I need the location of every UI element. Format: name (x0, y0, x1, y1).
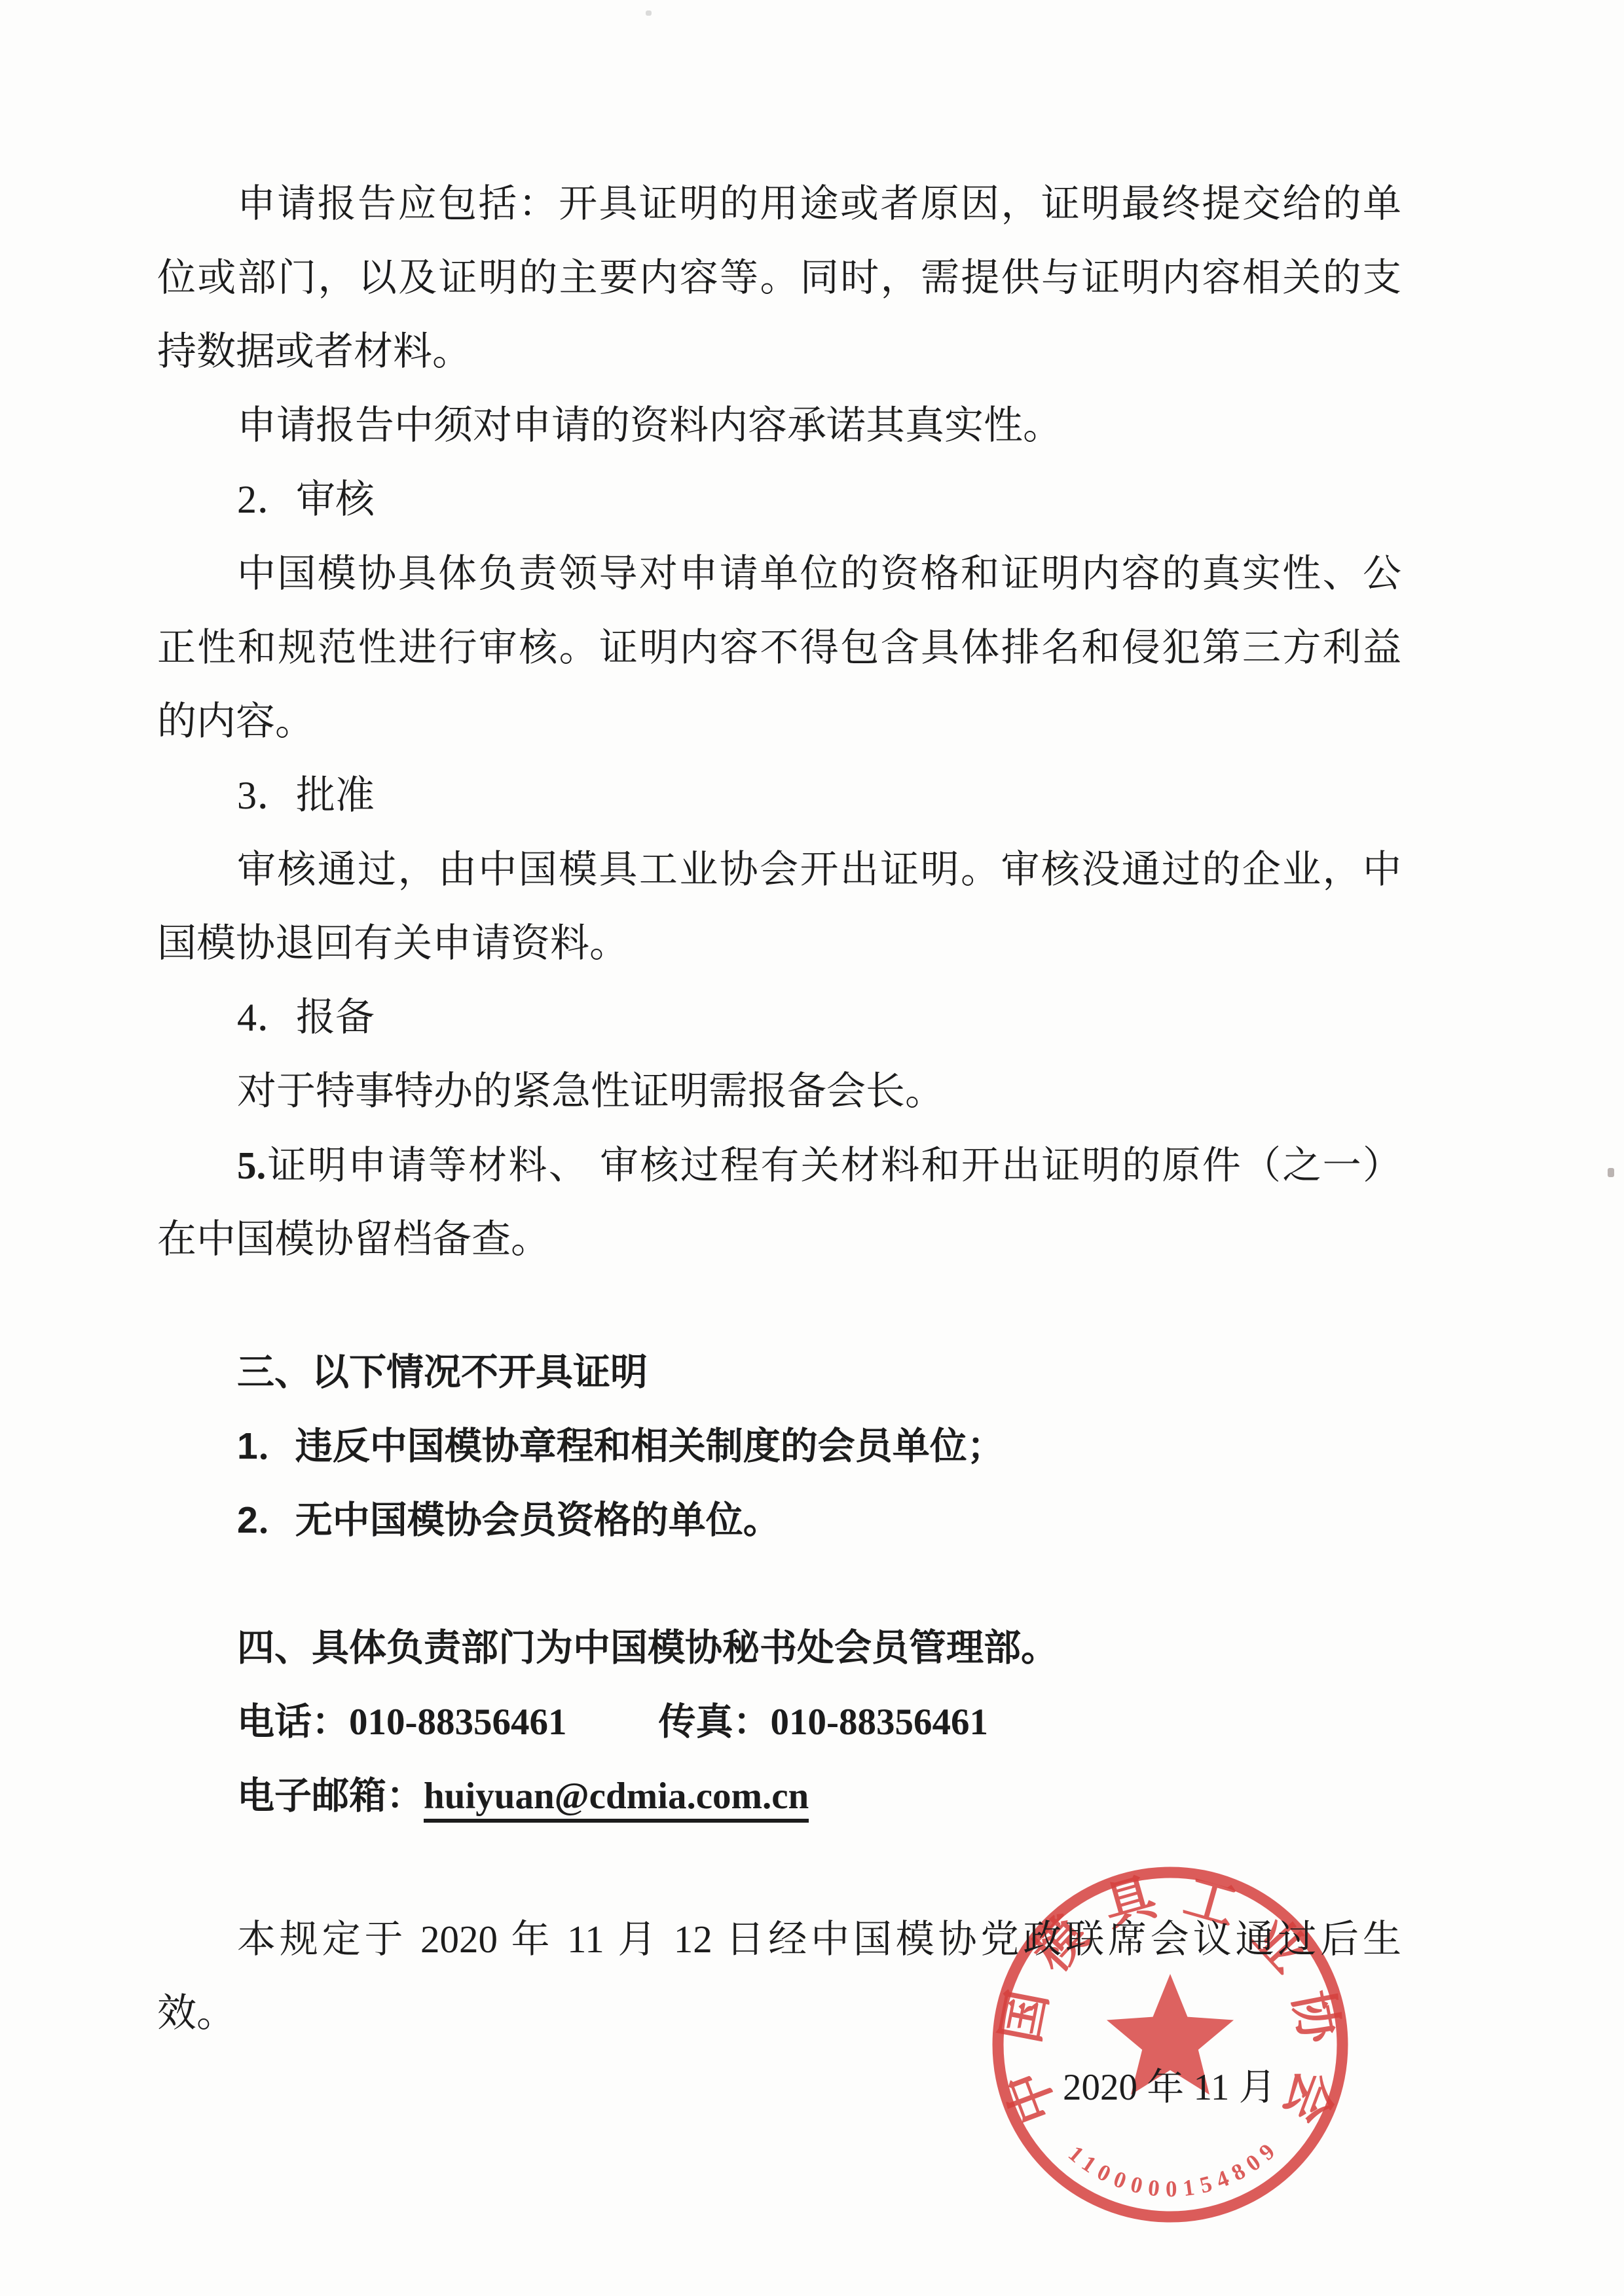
fax-label: 传真： (658, 1701, 770, 1743)
section-3-item2: 2．无中国模协会员资格的单位。 (157, 1484, 1401, 1558)
para4-line1: 审核通过，由中国模具工业协会开出证明。审核没通过的企业，中 (157, 833, 1401, 907)
phone-label: 电话： (237, 1701, 349, 1743)
document-body: 申请报告应包括：开具证明的用途或者原因，证明最终提交给的单 位或部门，以及证明的… (157, 167, 1401, 2124)
para3-line2: 正性和规范性进行审核。证明内容不得包含具体排名和侵犯第三方利益 (157, 611, 1401, 685)
item-4-heading: 4．报备 (157, 981, 1401, 1055)
para3-line1: 中国模协具体负责领导对申请单位的资格和证明内容的真实性、公 (157, 537, 1401, 611)
para3-line3: 的内容。 (157, 685, 1401, 759)
section-3-heading: 三、以下情况不开具证明 (157, 1336, 1401, 1410)
item-3-heading: 3．批准 (157, 759, 1401, 833)
item-5-line2: 在中国模协留档备查。 (157, 1203, 1401, 1277)
para1-line3: 持数据或者材料。 (157, 315, 1401, 389)
contact-email-line: 电子邮箱：huiyuan@cdmia.com.cn (157, 1759, 1401, 1833)
section-4-heading: 四、具体负责部门为中国模协秘书处会员管理部。 (157, 1611, 1401, 1685)
scan-speck (1608, 1168, 1614, 1177)
section-gap (157, 1277, 1401, 1336)
scan-speck (646, 10, 652, 16)
item-5-marker: 5. (237, 1144, 266, 1187)
email-value: huiyuan@cdmia.com.cn (424, 1777, 809, 1823)
para4-line2: 国模协退回有关申请资料。 (157, 907, 1401, 981)
phone-value: 010-88356461 (349, 1702, 566, 1743)
para1-line1: 申请报告应包括：开具证明的用途或者原因，证明最终提交给的单 (157, 167, 1401, 241)
section-gap (157, 1558, 1401, 1611)
item-2-heading: 2．审核 (157, 463, 1401, 537)
signature-date: 2020 年 11 月 (157, 2050, 1401, 2124)
para5-line: 对于特事特办的紧急性证明需报备会长。 (157, 1055, 1401, 1129)
section-gap (157, 1833, 1401, 1903)
para2-line: 申请报告中须对申请的资料内容承诺其真实性。 (157, 389, 1401, 463)
item-5-text: 证明申请等材料、 审核过程有关材料和开出证明的原件（之一） (266, 1144, 1401, 1187)
section-3-item1: 1．违反中国模协章程和相关制度的会员单位； (157, 1410, 1401, 1484)
para1-line2: 位或部门，以及证明的主要内容等。同时，需提供与证明内容相关的支 (157, 241, 1401, 315)
fax-value: 010-88356461 (770, 1702, 987, 1743)
contact-phone-line: 电话：010-88356461传真：010-88356461 (157, 1685, 1401, 1759)
item-5-line1: 5.证明申请等材料、 审核过程有关材料和开出证明的原件（之一） (157, 1129, 1401, 1203)
closing-line1: 本规定于 2020 年 11 月 12 日经中国模协党政联席会议通过后生 (157, 1903, 1401, 1977)
email-label: 电子邮箱： (237, 1775, 424, 1817)
scanned-document-page: 申请报告应包括：开具证明的用途或者原因，证明最终提交给的单 位或部门，以及证明的… (0, 0, 1624, 2296)
closing-line2: 效。 (157, 1977, 1401, 2050)
